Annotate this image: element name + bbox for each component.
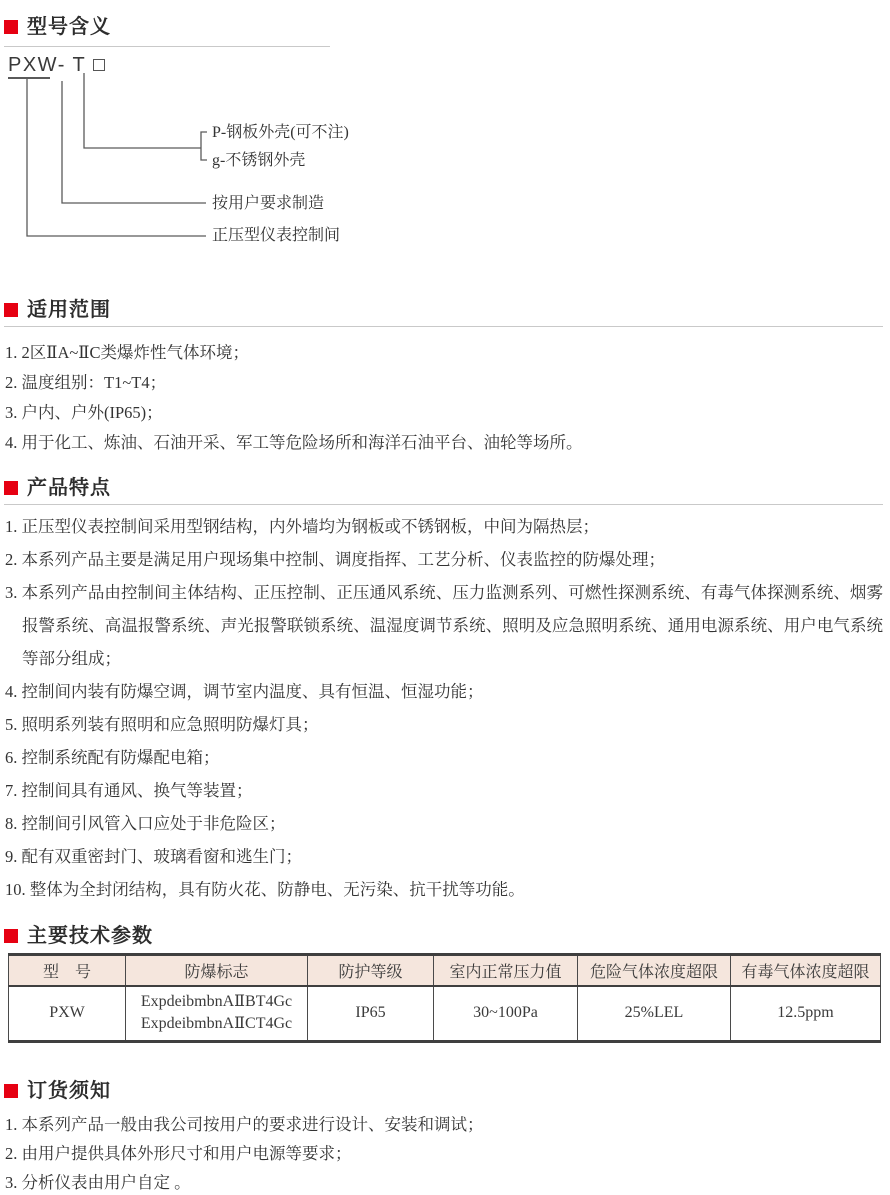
model-number-diagram: PXW- T P-钢板外壳(可不注) g-不锈钢外壳 按用户要求制造 正压型仪表… (0, 55, 890, 255)
section-header-model-meaning: 型号含义 (4, 15, 330, 47)
cell-model: PXW (9, 986, 126, 1042)
list-item: 2. 温度组别：T1~T4； (5, 368, 883, 398)
ordering-list: 1. 本系列产品一般由我公司按用户的要求进行设计、安装和调试； 2. 由用户提供… (5, 1110, 883, 1195)
label-base-type: 正压型仪表控制间 (212, 226, 340, 246)
section-header-features: 产品特点 (4, 476, 883, 505)
list-item: 5. 照明系列装有照明和应急照明防爆灯具； (5, 708, 883, 741)
list-item: 3. 本系列产品由控制间主体结构、正压控制、正压通风系统、压力监测系列、可燃性探… (5, 576, 883, 675)
list-item: 1. 正压型仪表控制间采用型钢结构，内外墙均为钢板或不锈钢板，中间为隔热层； (5, 510, 883, 543)
red-square-bullet (4, 303, 18, 317)
list-item: 3. 分析仪表由用户自定 。 (5, 1168, 883, 1195)
cell-toxic-limit: 12.5ppm (731, 986, 881, 1042)
connector-line-base-type (27, 77, 206, 236)
section-header-parameters: 主要技术参数 (4, 924, 153, 948)
list-item: 2. 由用户提供具体外形尺寸和用户电源等要求； (5, 1139, 883, 1168)
marking-line-2: ExpdeibmbnAⅡCT4Gc (126, 1013, 307, 1035)
section-title: 主要技术参数 (27, 925, 153, 947)
table-row: PXW ExpdeibmbnAⅡBT4Gc ExpdeibmbnAⅡCT4Gc … (9, 986, 881, 1042)
list-item: 1. 本系列产品一般由我公司按用户的要求进行设计、安装和调试； (5, 1110, 883, 1139)
application-list: 1. 2区ⅡA~ⅡC类爆炸性气体环境； 2. 温度组别：T1~T4； 3. 户内… (5, 338, 883, 458)
red-square-bullet (4, 20, 18, 34)
marking-line-1: ExpdeibmbnAⅡBT4Gc (126, 991, 307, 1013)
list-item: 2. 本系列产品主要是满足用户现场集中控制、调度指挥、工艺分析、仪表监控的防爆处… (5, 543, 883, 576)
list-item: 10. 整体为全封闭结构，具有防火花、防静电、无污染、抗干扰等功能。 (5, 873, 883, 906)
label-custom-made: 按用户要求制造 (212, 194, 324, 214)
list-item: 7. 控制间具有通风、换气等装置； (5, 774, 883, 807)
table-header-row: 型 号 防爆标志 防护等级 室内正常压力值 危险气体浓度超限 有毒气体浓度超限 (9, 955, 881, 986)
cell-marking: ExpdeibmbnAⅡBT4Gc ExpdeibmbnAⅡCT4Gc (126, 986, 308, 1042)
list-item: 3. 户内、户外(IP65)； (5, 398, 883, 428)
list-item: 4. 用于化工、炼油、石油开采、军工等危险场所和海洋石油平台、油轮等场所。 (5, 428, 883, 458)
parameters-table: 型 号 防爆标志 防护等级 室内正常压力值 危险气体浓度超限 有毒气体浓度超限 … (8, 953, 881, 1043)
model-code: PXW- T (8, 55, 105, 75)
section-title: 订货须知 (27, 1080, 111, 1102)
list-item: 1. 2区ⅡA~ⅡC类爆炸性气体环境； (5, 338, 883, 368)
section-title: 型号含义 (27, 16, 111, 38)
connector-line-shell (84, 73, 201, 148)
model-placeholder-box (93, 59, 105, 71)
col-header-pressure: 室内正常压力值 (434, 955, 578, 986)
cell-gas-limit: 25%LEL (578, 986, 731, 1042)
datasheet-page: 型号含义 PXW- T P-钢板外壳(可不注) g-不锈钢外壳 按用户要求制造 … (0, 0, 890, 1195)
label-shell-g: g-不锈钢外壳 (212, 151, 305, 171)
red-square-bullet (4, 929, 18, 943)
red-square-bullet (4, 1084, 18, 1098)
label-shell-p: P-钢板外壳(可不注) (212, 123, 349, 143)
col-header-toxic-limit: 有毒气体浓度超限 (731, 955, 881, 986)
cell-pressure: 30~100Pa (434, 986, 578, 1042)
section-title: 适用范围 (27, 299, 111, 321)
col-header-model: 型 号 (9, 955, 126, 986)
col-header-marking: 防爆标志 (126, 955, 308, 986)
cell-protection: IP65 (308, 986, 434, 1042)
list-item: 6. 控制系统配有防爆配电箱； (5, 741, 883, 774)
list-item: 4. 控制间内装有防爆空调，调节室内温度、具有恒温、恒湿功能； (5, 675, 883, 708)
section-title: 产品特点 (27, 477, 111, 499)
red-square-bullet (4, 481, 18, 495)
diagram-connector-lines (0, 55, 890, 255)
section-header-application: 适用范围 (4, 298, 883, 327)
section-header-ordering: 订货须知 (4, 1079, 111, 1103)
features-list: 1. 正压型仪表控制间采用型钢结构，内外墙均为钢板或不锈钢板，中间为隔热层； 2… (5, 510, 883, 906)
shell-options-bracket (201, 132, 207, 160)
col-header-gas-limit: 危险气体浓度超限 (578, 955, 731, 986)
list-item: 9. 配有双重密封门、玻璃看窗和逃生门； (5, 840, 883, 873)
model-code-underline (8, 77, 50, 79)
list-item: 8. 控制间引风管入口应处于非危险区； (5, 807, 883, 840)
col-header-protection: 防护等级 (308, 955, 434, 986)
